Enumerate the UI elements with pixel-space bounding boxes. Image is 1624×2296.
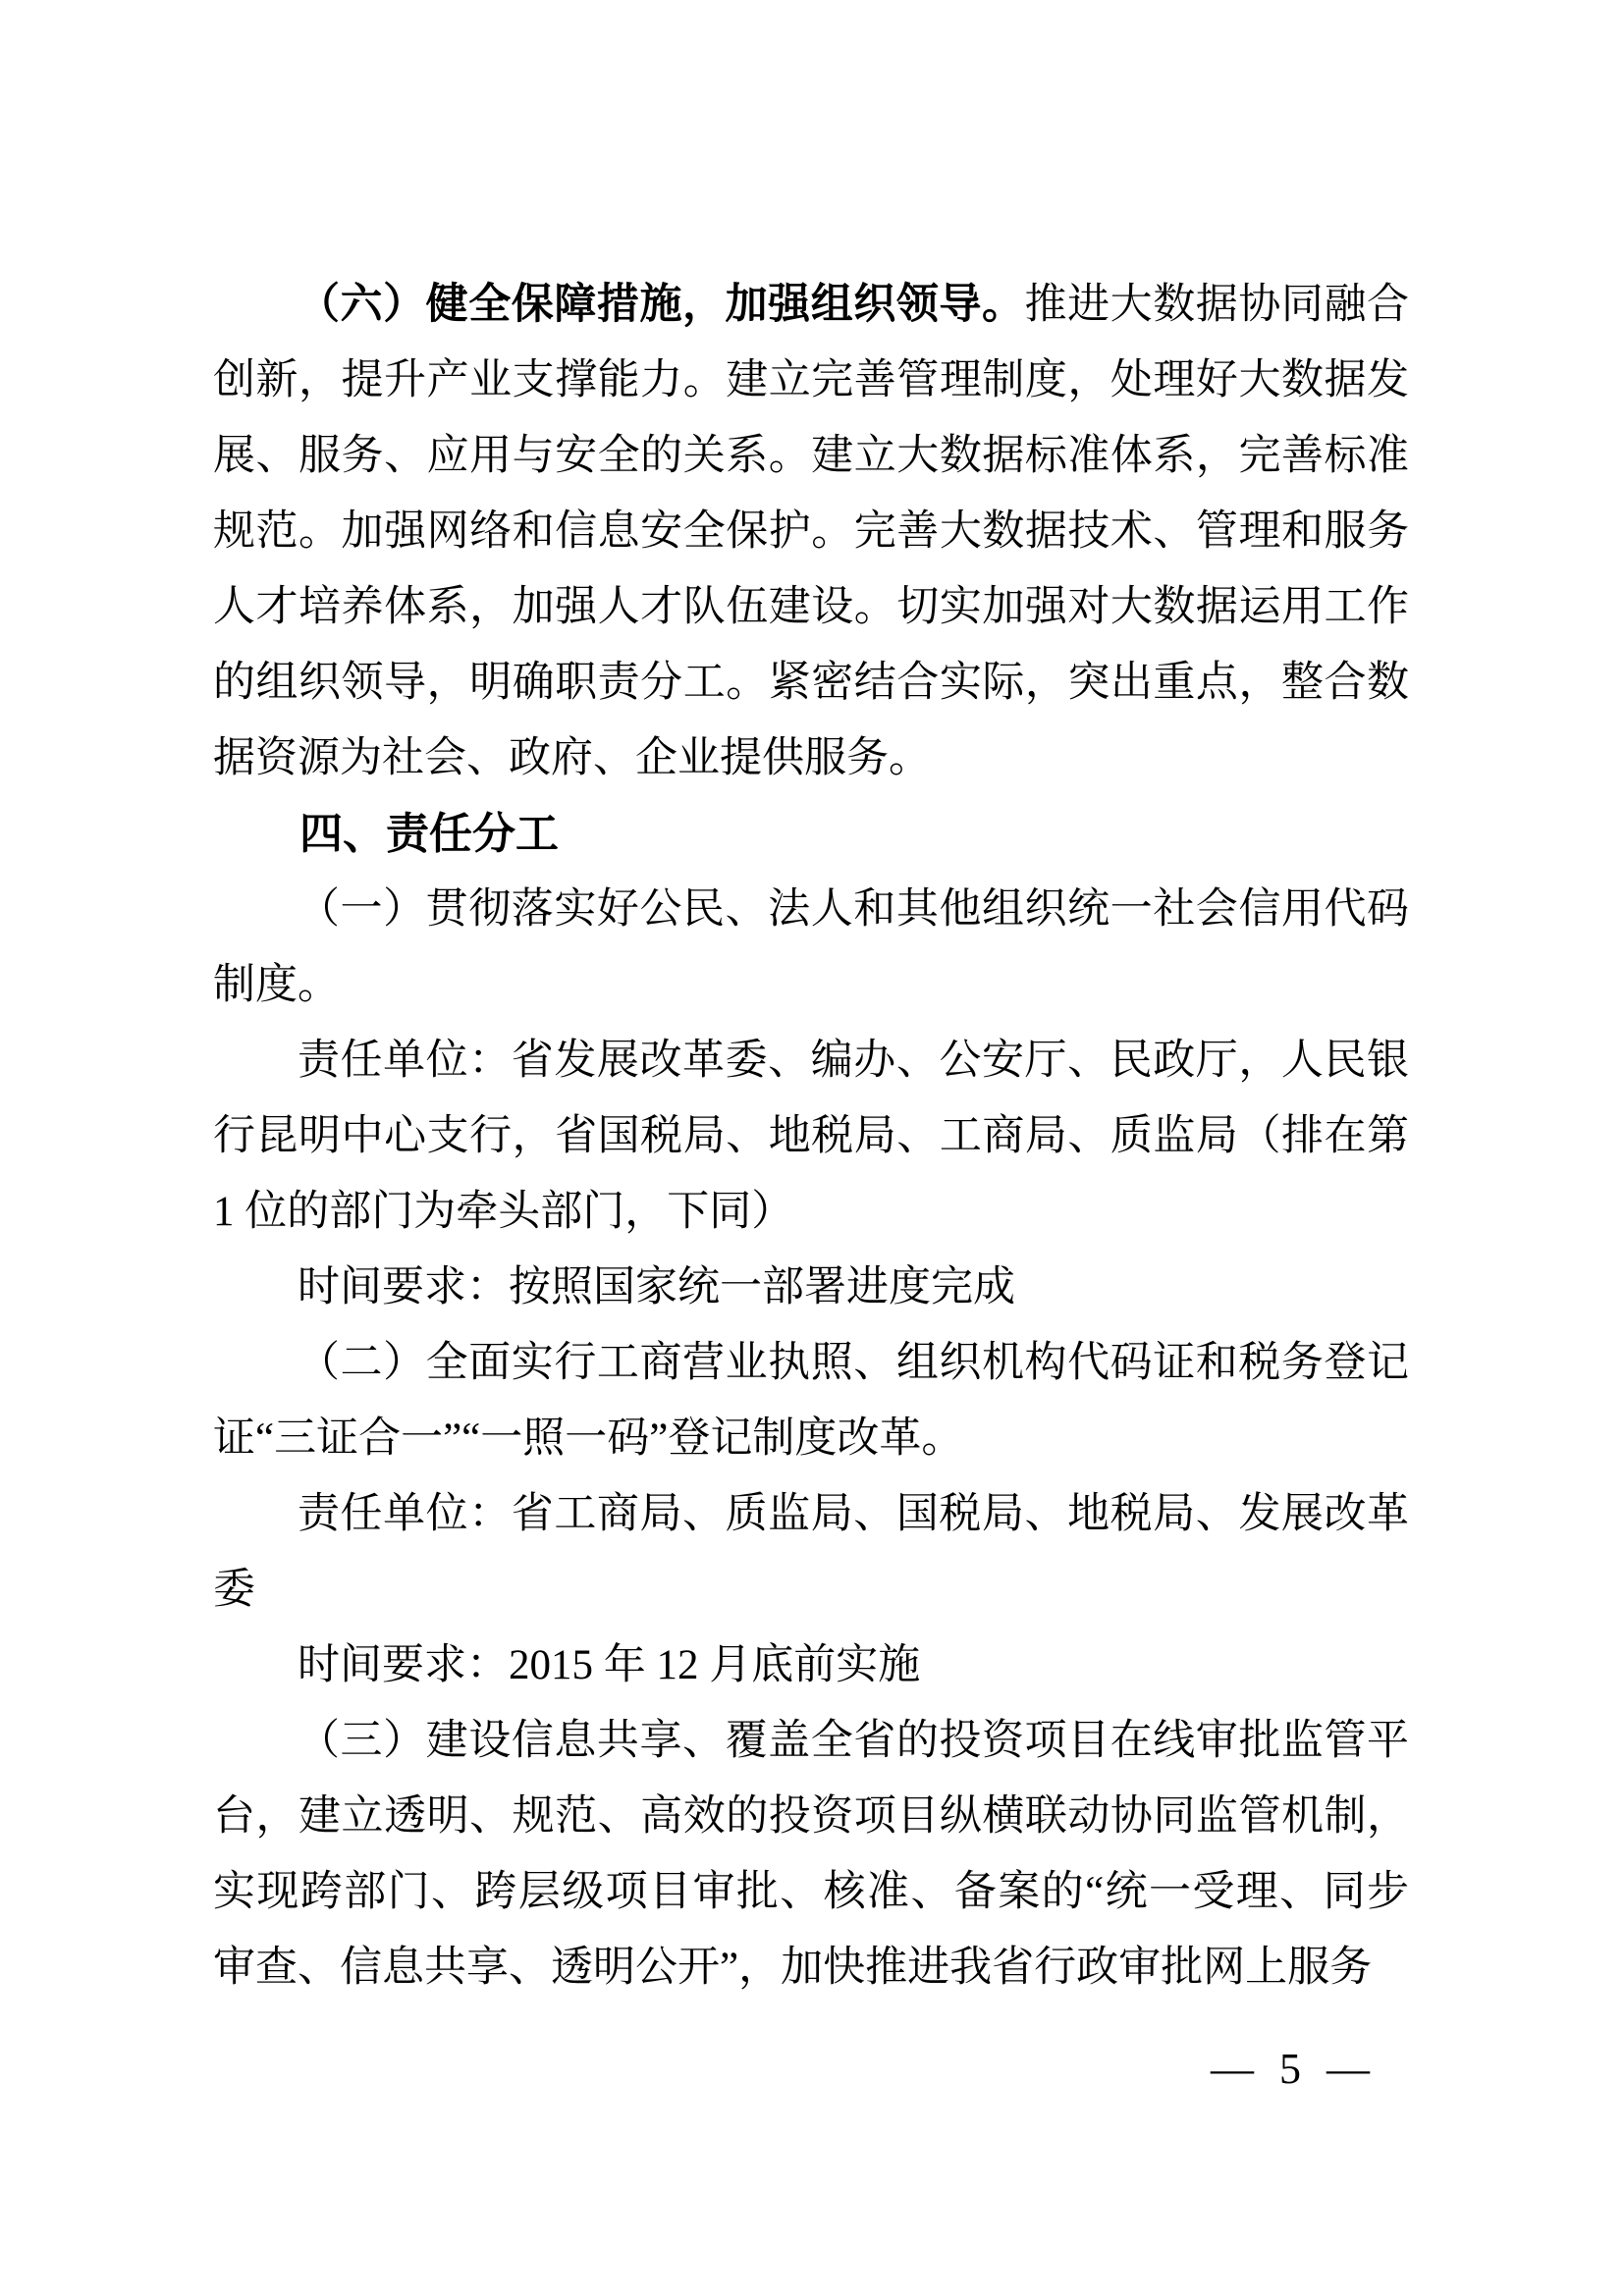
time-requirement-1: 时间要求：按照国家统一部署进度完成: [213, 1250, 1409, 1325]
footer-dash-left: —: [1211, 2048, 1254, 2091]
paragraph-item-6: （六）健全保障措施，加强组织领导。推进大数据协同融合创新，提升产业支撑能力。建立…: [213, 267, 1409, 796]
paragraph-item-1: （一）贯彻落实好公民、法人和其他组织统一社会信用代码制度。: [213, 872, 1409, 1023]
paragraph-lead-bold: （六）健全保障措施，加强组织领导。: [298, 282, 1025, 328]
section-heading-4: 四、责任分工: [213, 796, 1409, 872]
paragraph-item-3: （三）建设信息共享、覆盖全省的投资项目在线审批监管平台，建立透明、规范、高效的投…: [213, 1703, 1409, 2005]
document-body: （六）健全保障措施，加强组织领导。推进大数据协同融合创新，提升产业支撑能力。建立…: [213, 267, 1409, 2005]
page-footer: — 5 —: [1211, 2048, 1370, 2091]
scanned-document-page: （六）健全保障措施，加强组织领导。推进大数据协同融合创新，提升产业支撑能力。建立…: [0, 0, 1624, 2296]
time-requirement-2: 时间要求：2015 年 12 月底前实施: [213, 1628, 1409, 1703]
footer-dash-right: —: [1326, 2048, 1370, 2091]
page-number: 5: [1279, 2048, 1301, 2091]
paragraph-item-2: （二）全面实行工商营业执照、组织机构代码证和税务登记证“三证合一”“一照一码”登…: [213, 1325, 1409, 1476]
responsible-units-2: 责任单位：省工商局、质监局、国税局、地税局、发展改革委: [213, 1476, 1409, 1628]
responsible-units-1: 责任单位：省发展改革委、编办、公安厅、民政厅，人民银行昆明中心支行，省国税局、地…: [213, 1023, 1409, 1250]
paragraph-text: 推进大数据协同融合创新，提升产业支撑能力。建立完善管理制度，处理好大数据发展、服…: [213, 282, 1409, 781]
